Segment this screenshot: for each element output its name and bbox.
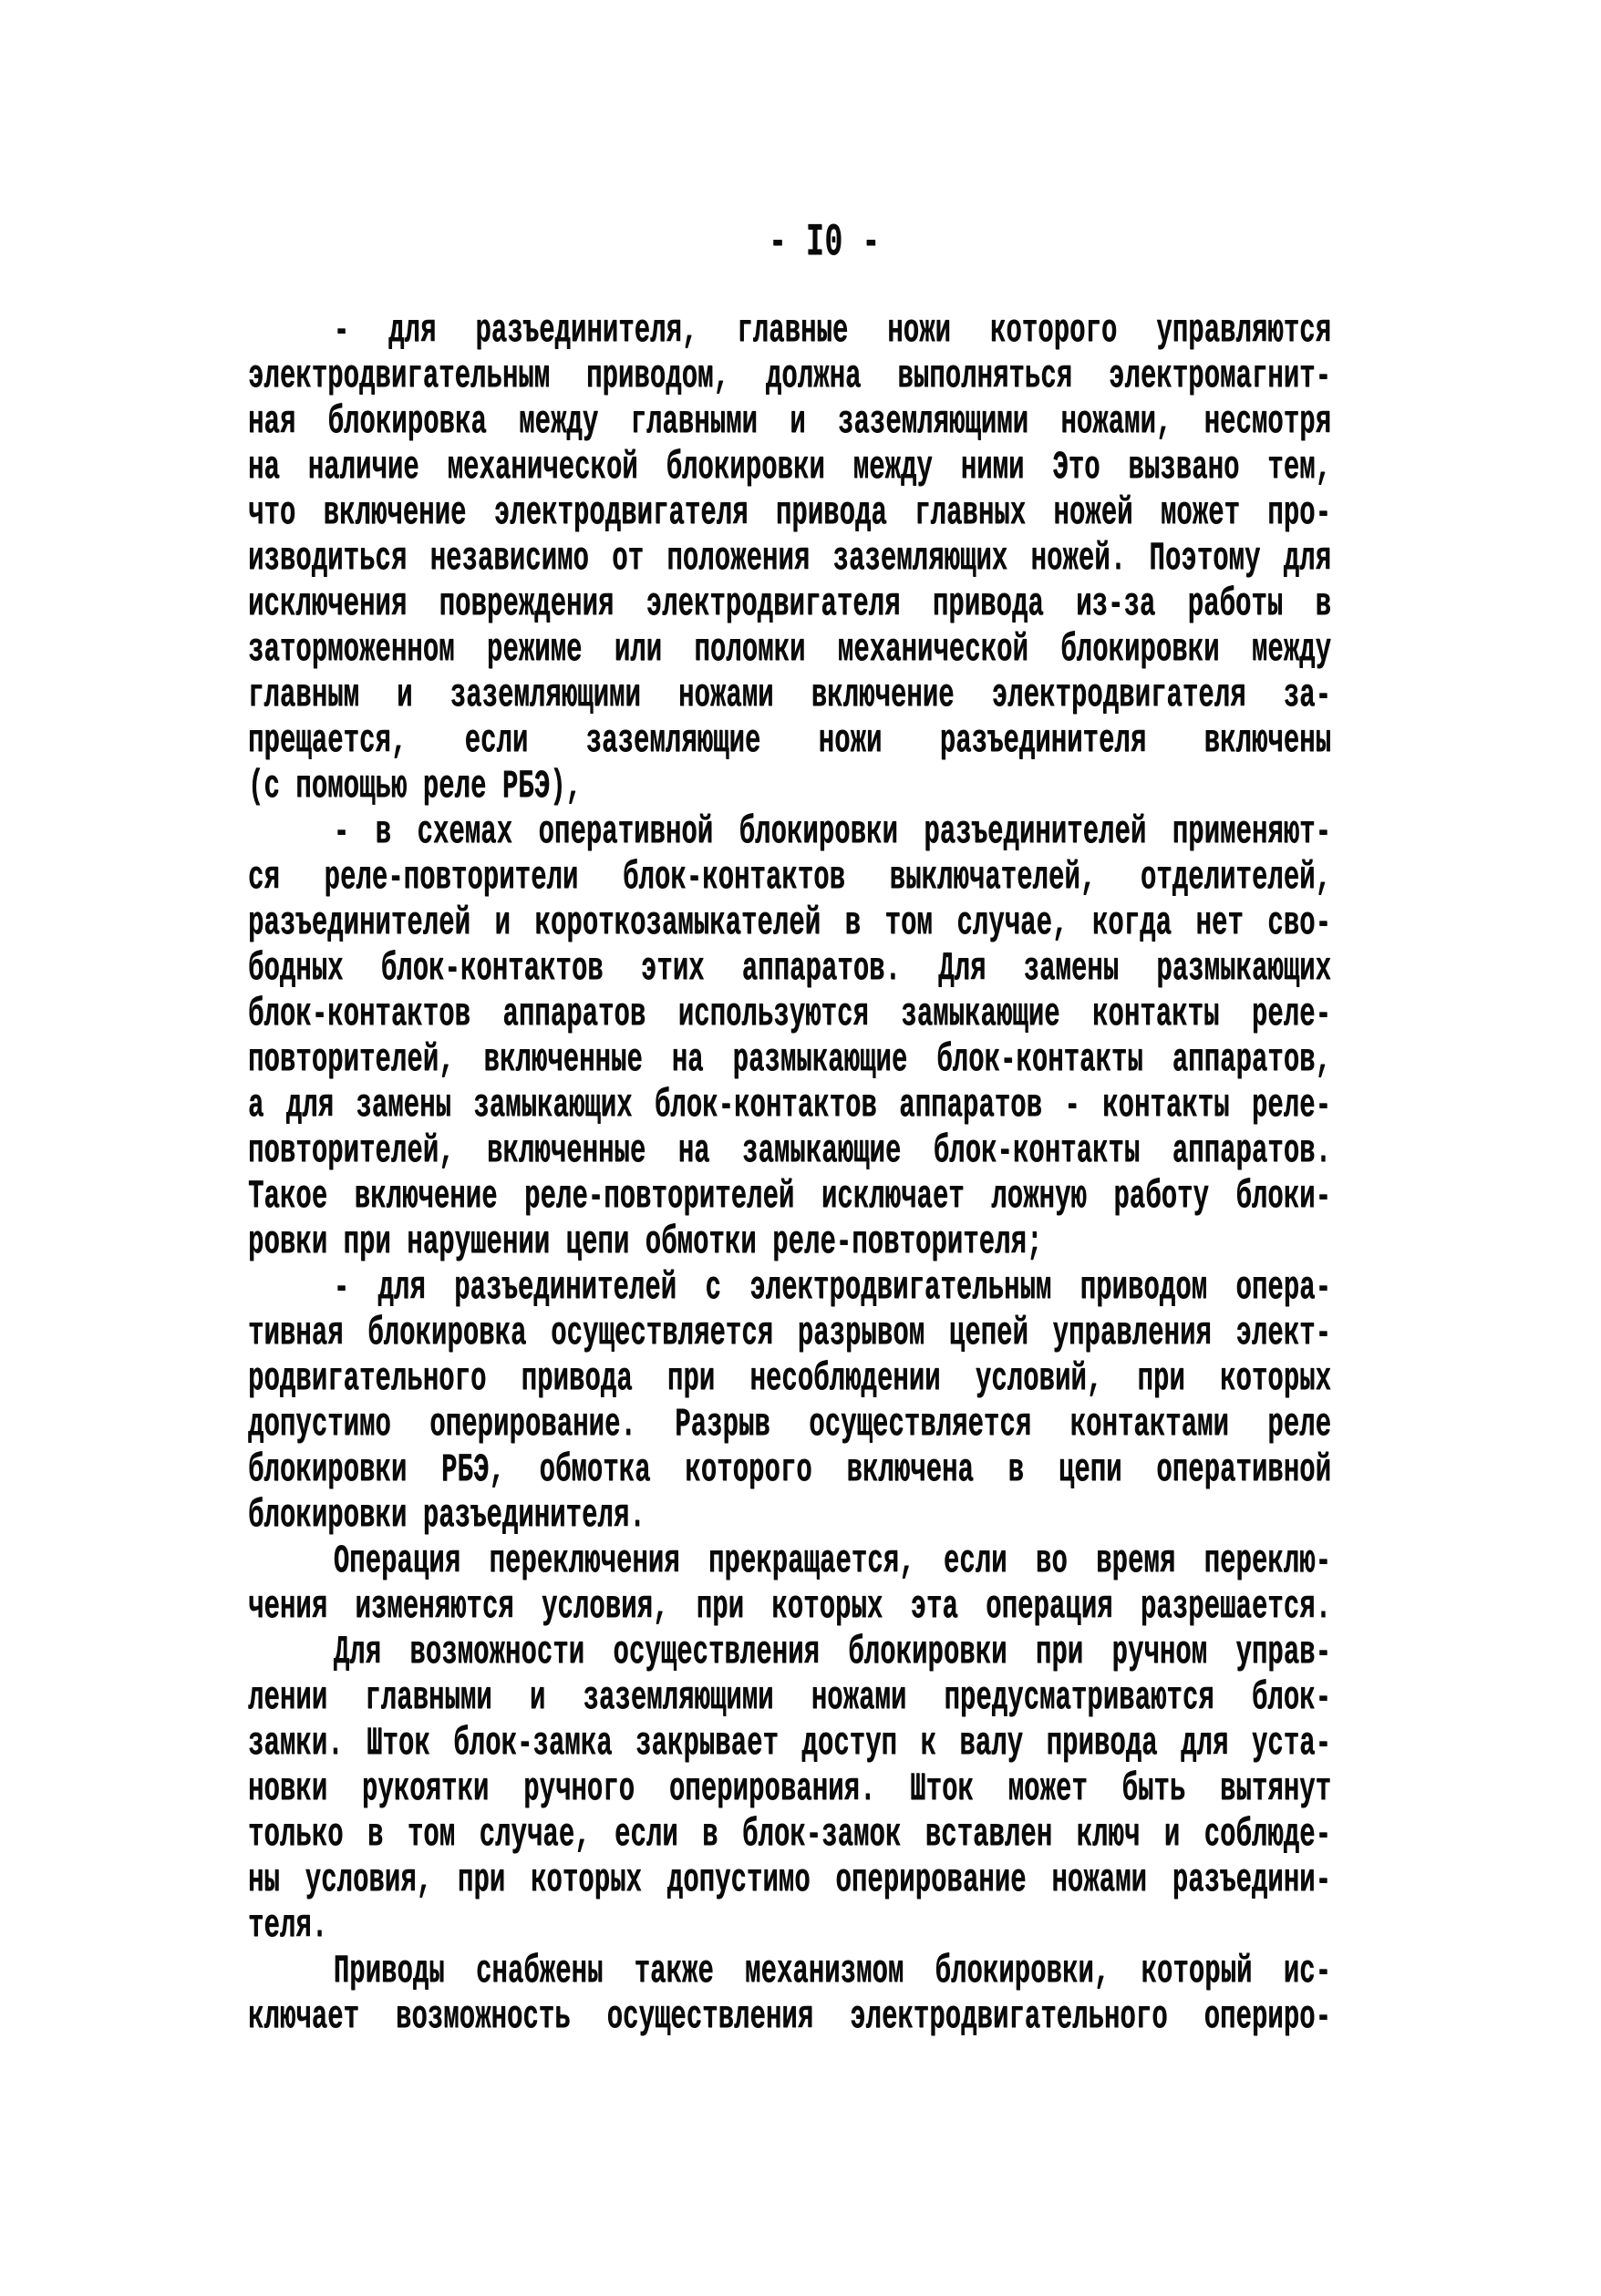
text-line: (с помощью реле РБЭ), — [248, 764, 1331, 809]
text-line: изводиться независимо от положения зазем… — [248, 536, 1331, 582]
text-line: Приводы снабжены также механизмом блокир… — [248, 1949, 1331, 1994]
text-line: блокировки РБЭ, обмотка которого включен… — [248, 1447, 1331, 1493]
text-line: прещается, если заземляющие ножи разъеди… — [248, 718, 1331, 764]
text-line: ровки при нарушении цепи обмотки реле-по… — [248, 1220, 1331, 1265]
text-line: ся реле-повторители блок-контактов выклю… — [248, 855, 1331, 901]
text-line: главным и заземляющими ножами включение … — [248, 673, 1331, 718]
text-line: заторможенном режиме или поломки механич… — [248, 627, 1331, 673]
text-line: Для возможности осуществления блокировки… — [248, 1630, 1331, 1675]
text-line: ны условия, при которых допустимо оперир… — [248, 1858, 1331, 1903]
text-line: исключения повреждения электродвигателя … — [248, 582, 1331, 627]
text-line: что включение электродвигателя привода г… — [248, 490, 1331, 536]
text-line: на наличие механической блокировки между… — [248, 445, 1331, 490]
text-line: - для разъединителей с электродвигательн… — [248, 1265, 1331, 1311]
text-line: теля. — [248, 1903, 1331, 1949]
text-line: допустимо оперирование. Разрыв осуществл… — [248, 1402, 1331, 1447]
text-line: Такое включение реле-повторителей исключ… — [248, 1174, 1331, 1220]
text-line: замки. Шток блок-замка закрывает доступ … — [248, 1721, 1331, 1766]
text-line: чения изменяются условия, при которых эт… — [248, 1584, 1331, 1630]
text-line: а для замены замыкающих блок-контактов а… — [248, 1083, 1331, 1128]
document-body: - для разъединителя, главные ножи которо… — [248, 308, 1331, 2040]
scanned-document-page: - I0 - - для разъединителя, главные ножи… — [0, 0, 1601, 2296]
text-line: ключает возможность осуществления электр… — [248, 1994, 1331, 2040]
text-line: блокировки разъединителя. — [248, 1493, 1331, 1539]
text-line: родвигательного привода при несоблюдении… — [248, 1356, 1331, 1402]
text-line: новки рукоятки ручного оперирования. Што… — [248, 1766, 1331, 1812]
text-line: ная блокировка между главными и заземляю… — [248, 399, 1331, 445]
text-line: повторителей, включенные на размыкающие … — [248, 1037, 1331, 1083]
text-line: разъединителей и короткозамыкателей в то… — [248, 901, 1331, 946]
text-line: блок-контактов аппаратов используются за… — [248, 992, 1331, 1037]
text-line: лении главными и заземляющими ножами пре… — [248, 1675, 1331, 1721]
text-line: тивная блокировка осуществляется разрыво… — [248, 1311, 1331, 1356]
page-number: - I0 - — [769, 221, 881, 266]
text-line: электродвигательным приводом, должна вып… — [248, 354, 1331, 399]
text-line: - в схемах оперативной блокировки разъед… — [248, 809, 1331, 855]
text-line: повторителей, включенные на замыкающие б… — [248, 1128, 1331, 1174]
text-line: - для разъединителя, главные ножи которо… — [248, 308, 1331, 354]
text-line: только в том случае, если в блок-замок в… — [248, 1812, 1331, 1858]
text-line: бодных блок-контактов этих аппаратов. Дл… — [248, 946, 1331, 992]
text-line: Операция переключения прекращается, если… — [248, 1539, 1331, 1584]
